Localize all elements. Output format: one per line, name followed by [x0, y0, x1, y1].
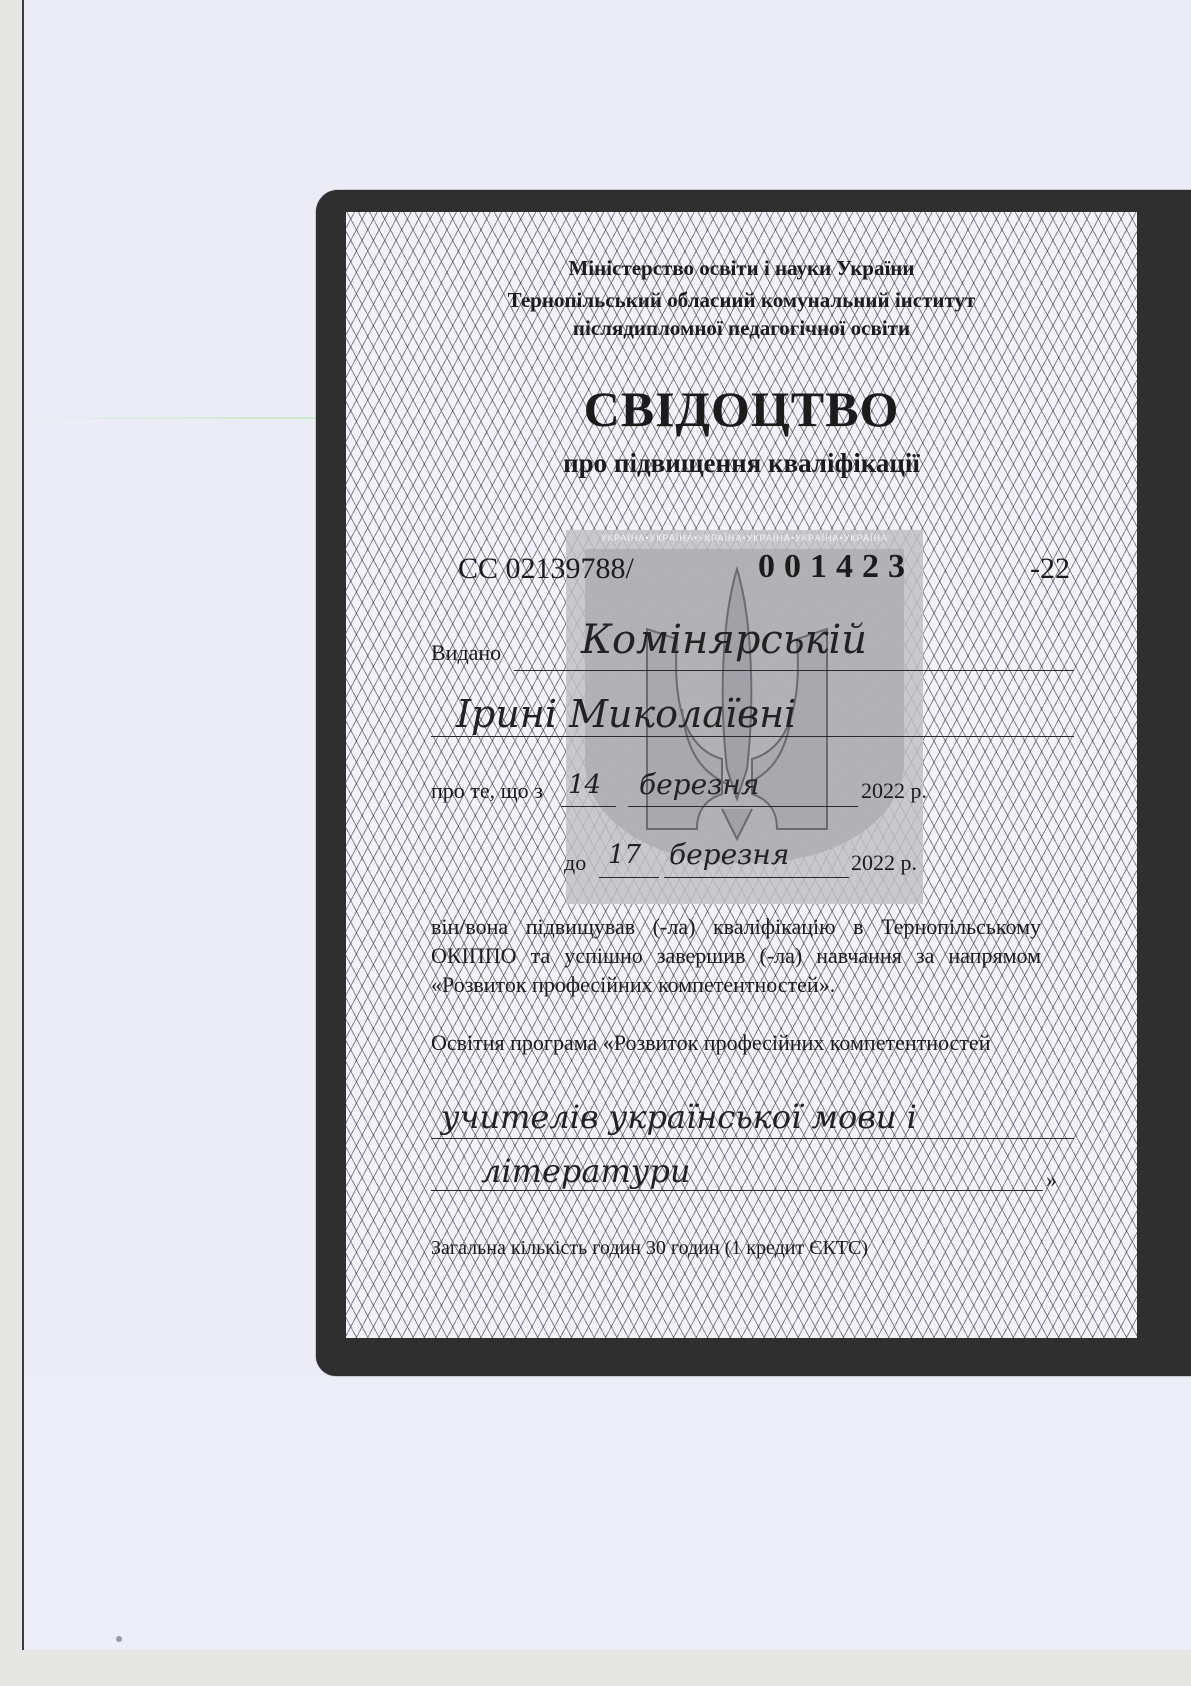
program-name-line2: літератури: [481, 1152, 690, 1190]
issued-to-underline: [514, 670, 1074, 671]
program-name-line1: учителів української мови і: [441, 1098, 917, 1136]
from-month-underline: [628, 806, 858, 807]
period-from-label: про те, що з: [431, 778, 543, 804]
from-day: 14: [568, 770, 601, 800]
completion-statement: він/вона підвищував (-ла) кваліфікацію в…: [431, 912, 1041, 999]
institute-heading-line2: післядипломної педагогічної освіти: [346, 316, 1137, 341]
scanned-page-lower: [24, 1378, 1191, 1650]
to-month-underline: [664, 877, 849, 878]
total-hours: Загальна кількість годин 30 годин (1 кре…: [431, 1237, 868, 1260]
issued-to-label: Видано: [431, 640, 501, 666]
dust-speck: [116, 1636, 122, 1642]
recipient-given-names: Ірині Миколаївні: [456, 692, 796, 736]
to-day: 17: [608, 840, 641, 870]
from-day-underline: [561, 806, 616, 807]
to-year: 2022 р.: [851, 850, 917, 876]
to-month: березня: [669, 838, 789, 871]
institute-heading: Тернопільський обласний комунальний інст…: [346, 288, 1137, 313]
program-underline-2: [431, 1190, 1043, 1191]
from-month: березня: [639, 768, 759, 801]
certificate-title: СВІДОЦТВО: [346, 380, 1137, 438]
certificate-subtitle: про підвищення кваліфікації: [346, 448, 1137, 479]
period-to-label: до: [564, 850, 586, 876]
certificate-number-prefix: СС 02139788/: [458, 552, 634, 586]
program-intro: Освітня програма «Розвиток професійних к…: [431, 1028, 1041, 1057]
certificate-serial-number: 001423: [758, 548, 914, 586]
certificate-page: УКРАЇНА•УКРАЇНА•УКРАЇНА•УКРАЇНА•УКРАЇНА•…: [346, 212, 1137, 1338]
from-year: 2022 р.: [861, 778, 927, 804]
recipient-surname: Комінярській: [581, 617, 867, 663]
program-close-quote: »: [1046, 1167, 1057, 1193]
to-day-underline: [599, 877, 659, 878]
certificate-number-suffix: -22: [1030, 552, 1070, 586]
watermark-text: УКРАЇНА•УКРАЇНА•УКРАЇНА•УКРАЇНА•УКРАЇНА•…: [567, 533, 922, 543]
recipient-names-underline: [431, 736, 1074, 737]
program-underline-1: [431, 1138, 1074, 1139]
ministry-heading: Міністерство освіти і науки України: [346, 256, 1137, 281]
